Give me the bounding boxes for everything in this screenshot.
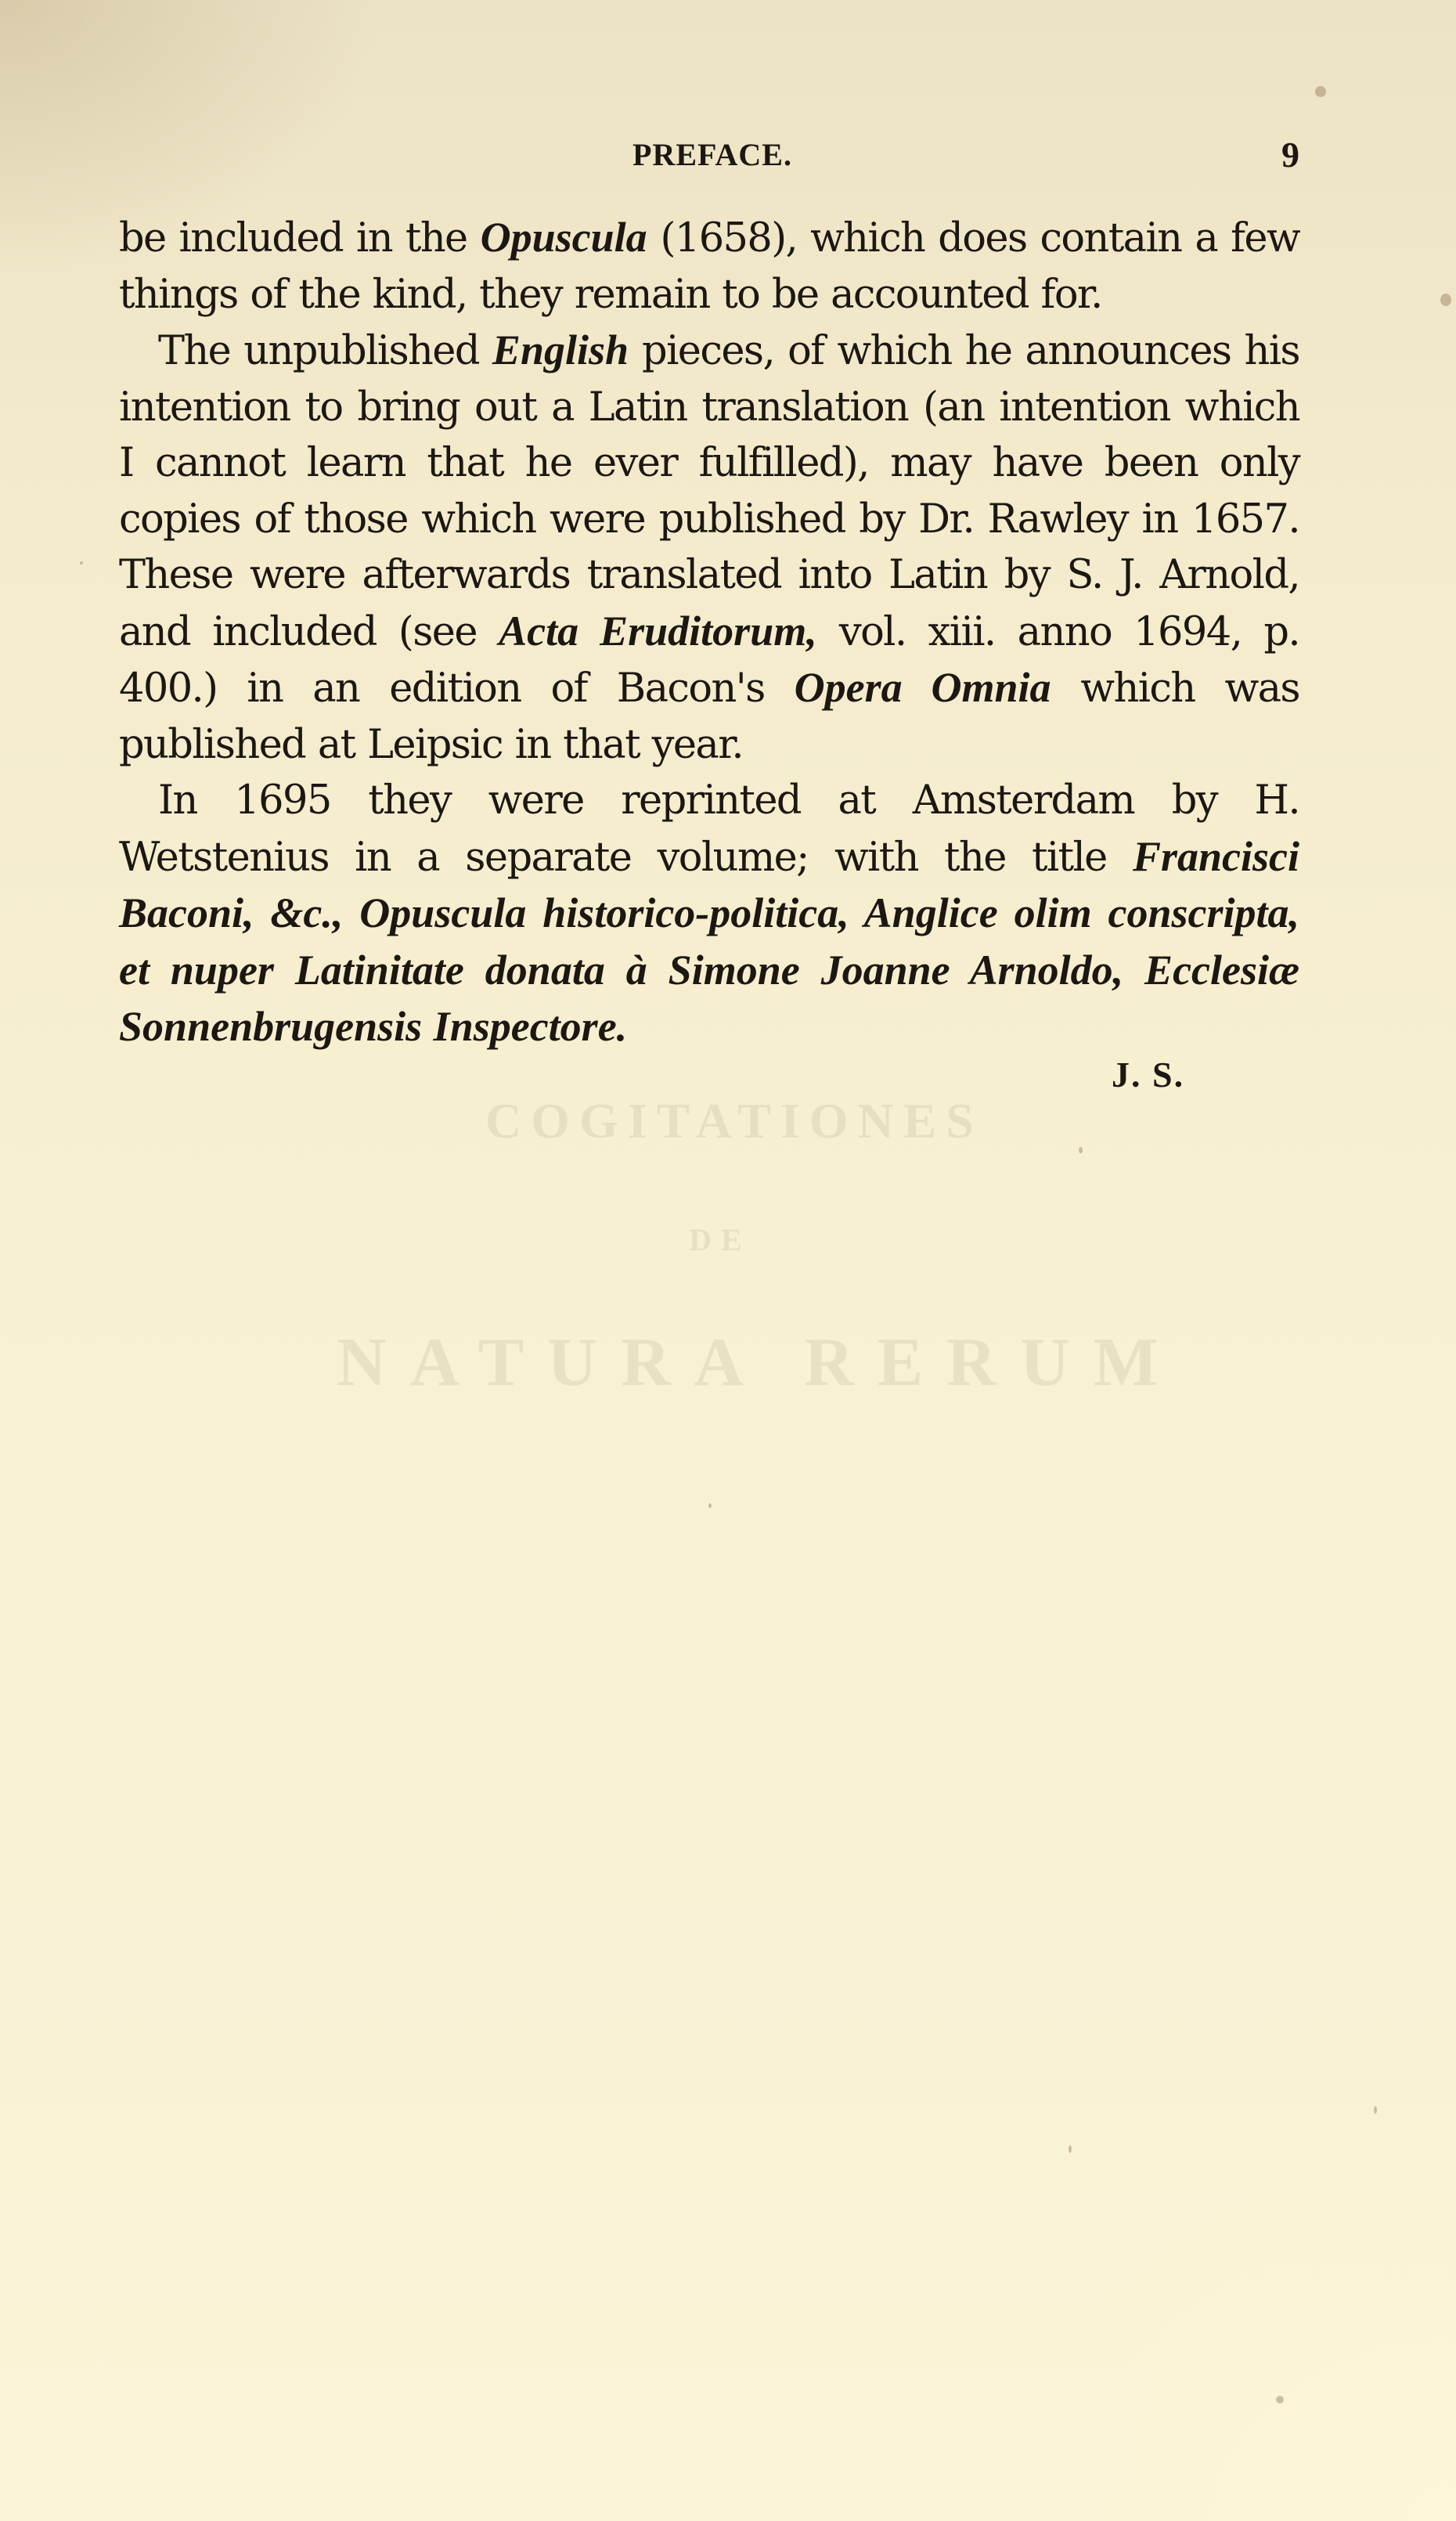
paper-speck <box>1374 2106 1377 2114</box>
paper-speck <box>1315 86 1326 97</box>
italic-title: Opera Omnia <box>795 664 1051 711</box>
text-run: The unpublished <box>158 328 492 374</box>
body-text: be included in the Opuscula (1658), whic… <box>119 210 1299 1056</box>
show-through-text: DE <box>673 1221 767 1258</box>
text-run: In 1695 they were reprinted at Amsterdam… <box>119 777 1299 881</box>
paper-speck <box>708 1503 712 1508</box>
page-number: 9 <box>1281 132 1299 179</box>
paper-speck <box>80 561 83 564</box>
paragraph: In 1695 they were reprinted at Amsterdam… <box>119 773 1299 1056</box>
show-through-text: NATURA RERUM <box>337 1323 1041 1402</box>
paragraph: be included in the Opuscula (1658), whic… <box>119 210 1299 323</box>
text-run: pieces, of which he announces his intent… <box>119 328 1299 655</box>
italic-title: Acta Eruditorum, <box>499 608 817 655</box>
signature: J. S. <box>1112 1054 1184 1095</box>
paragraph: The unpublished English pieces, of which… <box>119 323 1299 773</box>
paper-speck <box>1079 1147 1083 1153</box>
paper-speck <box>1276 2396 1284 2404</box>
italic-title: Opuscula <box>481 214 647 261</box>
show-through-text: COGITATIONES <box>485 1092 924 1150</box>
italic-title: English <box>492 326 629 373</box>
paper-speck <box>1069 2145 1072 2153</box>
book-page: COGITATIONES DE NATURA RERUM PREFACE. 9 … <box>0 0 1456 2521</box>
paper-speck <box>1440 294 1451 306</box>
running-head: PREFACE. 9 <box>125 132 1299 179</box>
text-run: be included in the <box>119 215 481 261</box>
running-title: PREFACE. <box>125 132 1299 179</box>
